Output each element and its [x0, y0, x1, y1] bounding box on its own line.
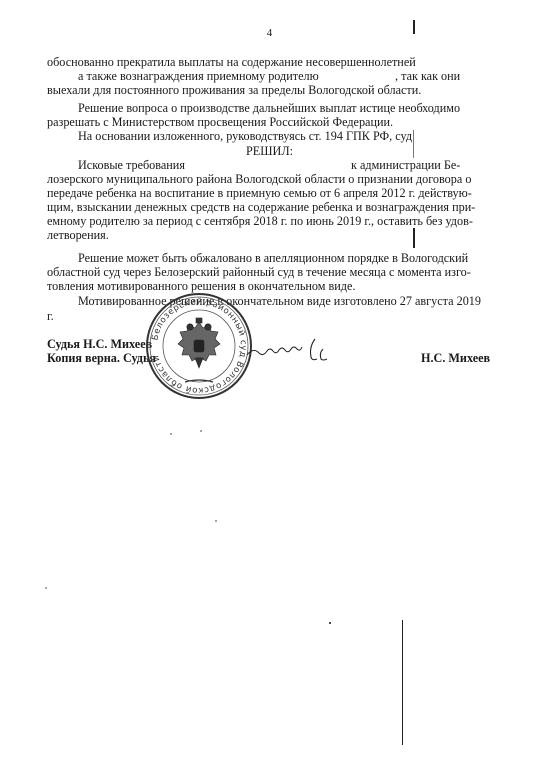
text-line: г. — [47, 309, 54, 323]
court-stamp-icon: Белозерский районный суд Вологодской обл… — [145, 292, 253, 400]
page-number: 4 — [0, 27, 539, 39]
scan-artifact-line — [413, 20, 415, 34]
verdict-heading: РЕШИЛ: — [0, 144, 539, 158]
text-line: областной суд через Белозерский районный… — [47, 265, 456, 279]
scan-artifact-dot — [200, 430, 202, 432]
scan-artifact-line — [413, 228, 415, 248]
text-line: к администрации Бе- — [351, 158, 460, 172]
text-line: передаче ребенка на воспитание в приемну… — [47, 186, 456, 200]
text-line: лозерского муниципального района Вологод… — [47, 172, 456, 186]
text-line: Мотивированное решение в окончательном в… — [78, 294, 456, 308]
text-line: Решение вопроса о производстве дальнейши… — [78, 101, 456, 115]
text-line: летворения. — [47, 228, 109, 242]
text-line: емному родителю за период с сентября 201… — [47, 214, 456, 228]
scan-artifact-dot — [215, 520, 217, 522]
text-line: разрешать с Министерством просвещения Ро… — [47, 115, 393, 129]
scan-artifact-line — [402, 620, 403, 745]
eagle-emblem-icon — [178, 318, 220, 368]
scan-artifact-dot — [329, 622, 331, 624]
scan-artifact-dot — [170, 433, 172, 435]
judge-signature-label: Судья Н.С. Михеев — [47, 337, 152, 351]
text-line: выехали для постоянного проживания за пр… — [47, 83, 421, 97]
text-line: , так как они — [395, 69, 460, 83]
judge-name-right: Н.С. Михеев — [421, 351, 490, 365]
text-line: На основании изложенного, руководствуясь… — [78, 129, 412, 143]
scan-artifact-dot — [45, 587, 47, 589]
handwritten-signature-icon — [245, 335, 335, 365]
document-page: 4 обоснованно прекратила выплаты на соде… — [0, 0, 539, 769]
text-line: обоснованно прекратила выплаты на содерж… — [47, 55, 416, 69]
text-line: щим, взыскании денежных средств на содер… — [47, 200, 456, 214]
text-line: Решение может быть обжаловано в апелляци… — [78, 251, 456, 265]
text-line: товления мотивированного решения в оконч… — [47, 279, 355, 293]
text-line: Исковые требования — [78, 158, 185, 172]
copy-certified-label: Копия верна. Судья — [47, 351, 156, 365]
text-line: а также вознаграждения приемному родител… — [78, 69, 319, 83]
